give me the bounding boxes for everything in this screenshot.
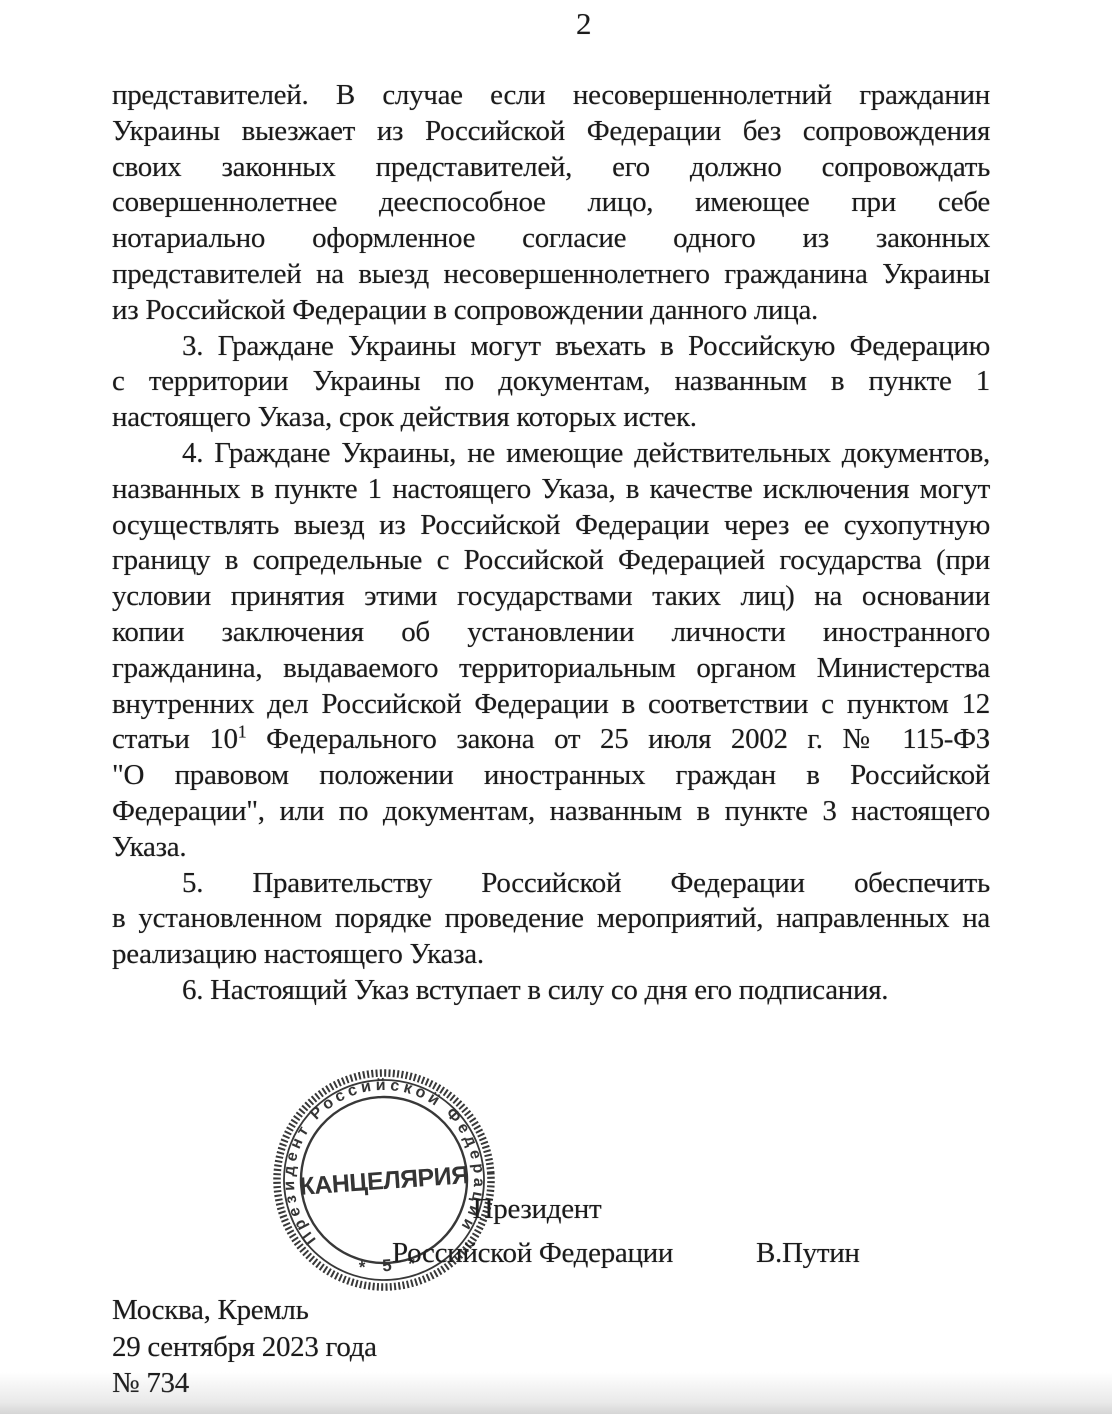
body-line: нотариально оформленное согласие одного …: [112, 221, 990, 257]
stamp-center-text: КАНЦЕЛЯРИЯ: [299, 1161, 470, 1201]
body-line-superscript: статьи 101 Федерального закона от 25 июл…: [112, 722, 990, 758]
body-line: с территории Украины по документам, назв…: [112, 364, 990, 400]
stamp-bottom-text: * 5 *: [358, 1254, 421, 1277]
body-line: в установленном порядке проведение мероп…: [112, 901, 990, 937]
body-line: внутренних дел Российской Федерации в со…: [112, 687, 990, 723]
footer-place: Москва, Кремль: [112, 1292, 377, 1329]
footer-decree-number: № 734: [112, 1365, 377, 1402]
body-line: 4. Граждане Украины, не имеющие действит…: [112, 436, 990, 472]
body-line: настоящего Указа, срок действия которых …: [112, 400, 990, 436]
body-line: названных в пункте 1 настоящего Указа, в…: [112, 472, 990, 508]
body-line: Федерации", или по документам, названным…: [112, 794, 990, 830]
body-line: осуществлять выезд из Российской Федерац…: [112, 508, 990, 544]
body-line: Указа.: [112, 830, 990, 866]
body-line: из Российской Федерации в сопровождении …: [112, 293, 990, 329]
chancellery-stamp: Президент Российской Федерации * 5 * КАН…: [262, 1058, 506, 1302]
body-line: гражданина, выдаваемого территориальным …: [112, 651, 990, 687]
body-line: 5. Правительству Российской Федерации об…: [112, 866, 990, 902]
body-line: реализацию настоящего Указа.: [112, 937, 990, 973]
body-line: границу в сопредельные с Российской Феде…: [112, 543, 990, 579]
footer-date: 29 сентября 2023 года: [112, 1329, 377, 1366]
body-line: копии заключения об установлении личност…: [112, 615, 990, 651]
body-line: 6. Настоящий Указ вступает в силу со дня…: [112, 973, 990, 1009]
document-body: представителей. В случае если несовершен…: [112, 78, 990, 1009]
signature-name: В.Путин: [756, 1237, 860, 1270]
body-line: Украины выезжает из Российской Федерации…: [112, 114, 990, 150]
supline-post: Федерального закона от 25 июля 2002 г. №…: [266, 723, 990, 755]
body-line: совершеннолетнее дееспособное лицо, имею…: [112, 185, 990, 221]
document-page: 2 представителей. В случае если несоверш…: [0, 0, 1112, 1414]
page-number: 2: [576, 6, 592, 42]
body-line: 3. Граждане Украины могут въехать в Росс…: [112, 329, 990, 365]
body-line: своих законных представителей, его должн…: [112, 150, 990, 186]
supline-pre: статьи 10: [112, 723, 238, 755]
body-line: "О правовом положении иностранных гражда…: [112, 758, 990, 794]
superscript-1: 1: [238, 722, 247, 742]
body-line: представителей на выезд несовершеннолетн…: [112, 257, 990, 293]
footer-block: Москва, Кремль 29 сентября 2023 года № 7…: [112, 1292, 377, 1402]
body-line: условии принятия этими государствами так…: [112, 579, 990, 615]
body-line: представителей. В случае если несовершен…: [112, 78, 990, 114]
